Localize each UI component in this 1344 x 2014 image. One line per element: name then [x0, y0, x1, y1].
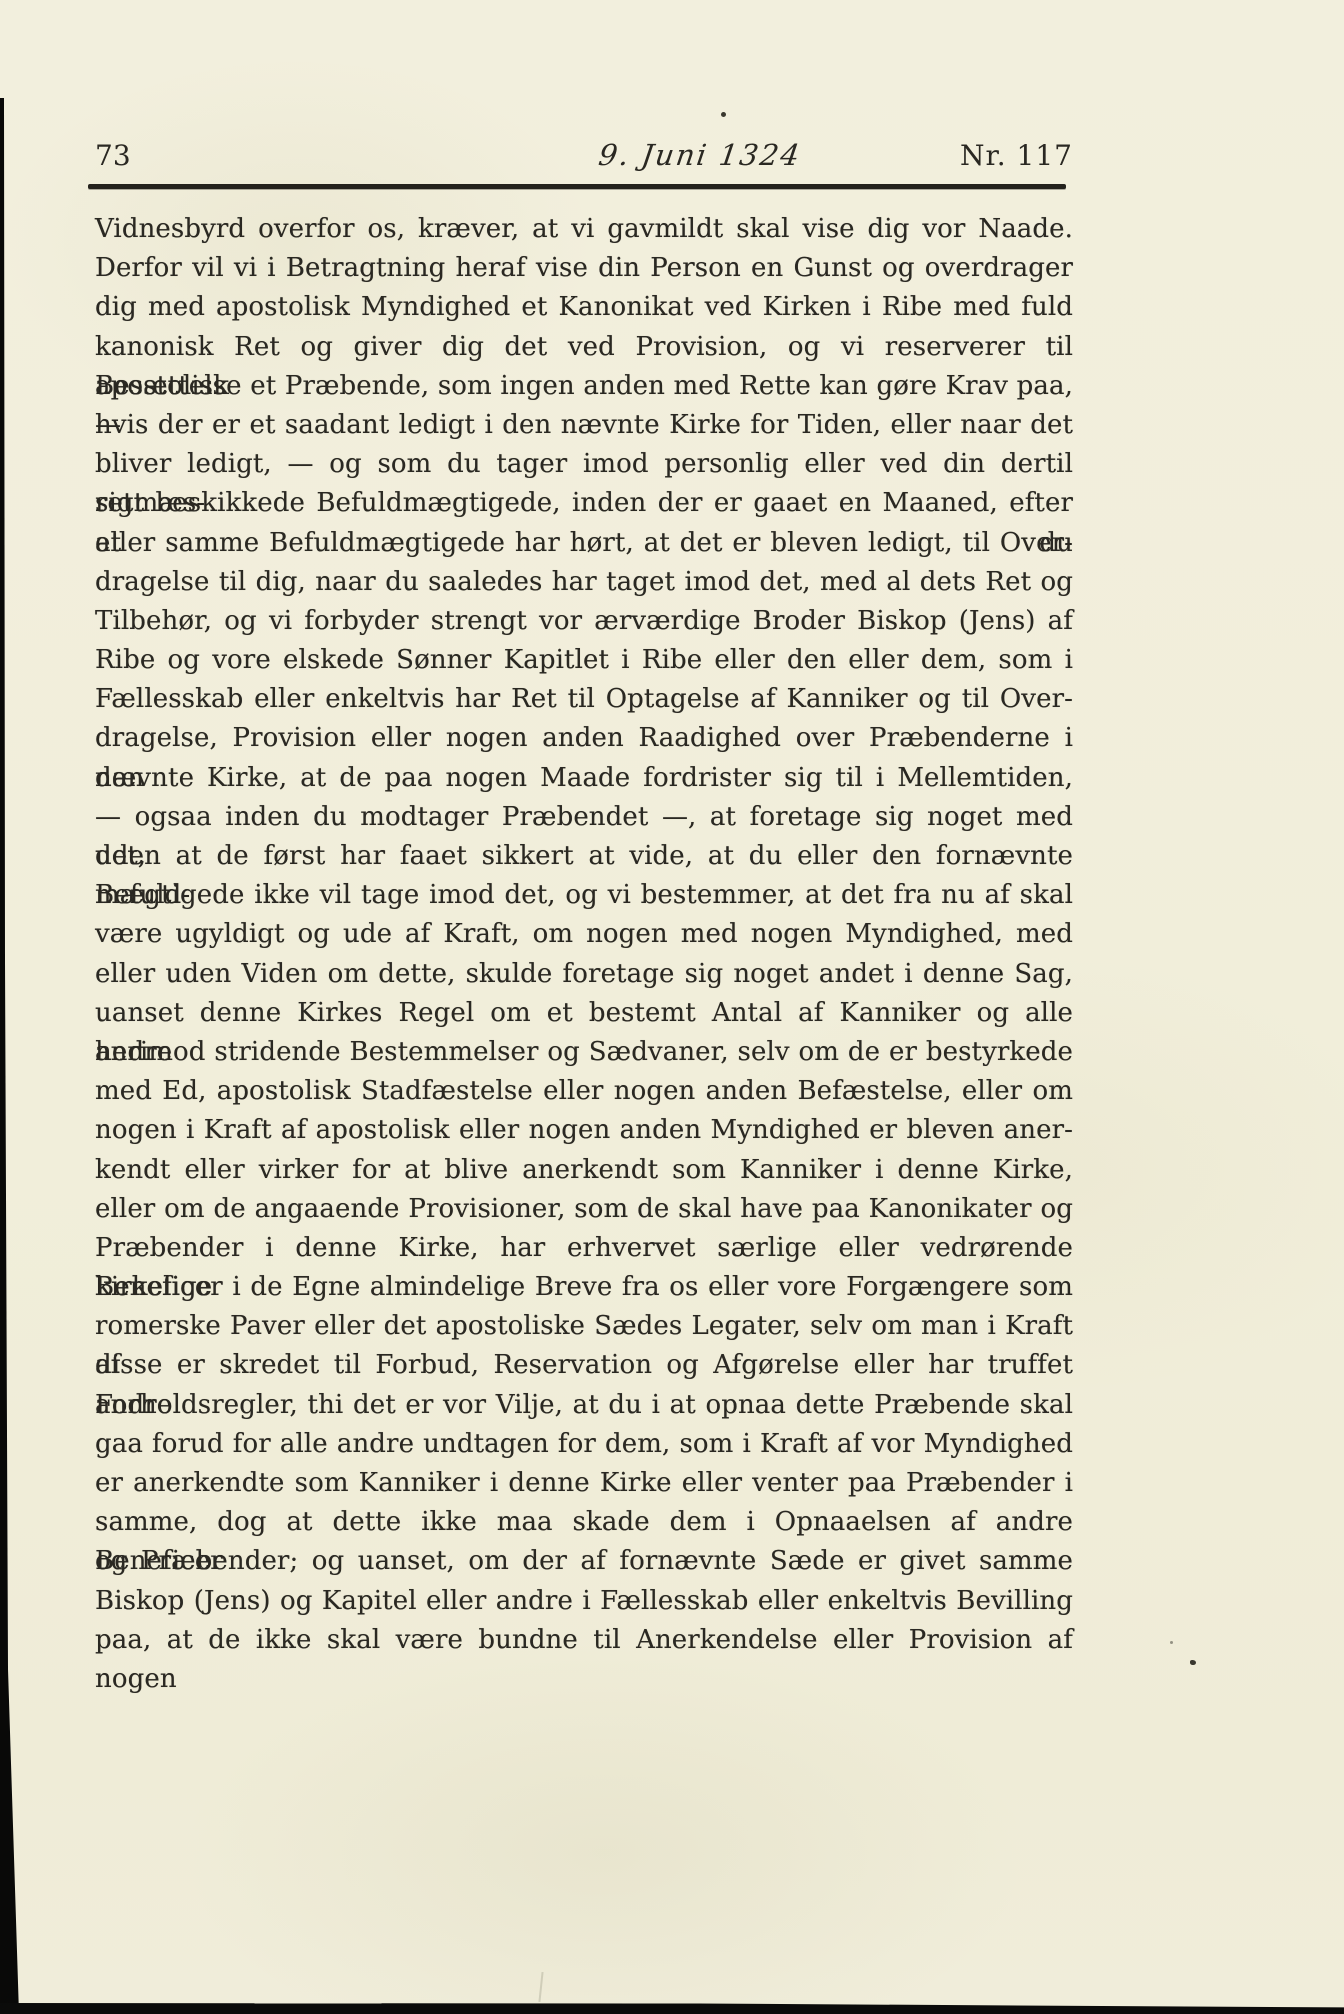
body-line-34: samme, dog at dette ikke maa skade dem i…: [95, 1503, 1073, 1542]
body-line-32: gaa forud for alle andre undtagen for de…: [95, 1425, 1073, 1464]
scan-edge-bottom: [0, 2003, 1344, 2014]
body-line-3: dig med apostolisk Myndighed et Kanonika…: [95, 288, 1073, 327]
ink-speck: [721, 112, 726, 117]
body-line-24: nogen i Kraft af apostolisk eller nogen …: [95, 1111, 1073, 1150]
body-line-26: eller om de angaaende Provisioner, som d…: [95, 1190, 1073, 1229]
body-line-6: hvis der er et saadant ledigt i den nævn…: [95, 406, 1073, 445]
body-line-14: dragelse, Provision eller nogen anden Ra…: [95, 719, 1073, 758]
body-line-15: nævnte Kirke, at de paa nogen Maade ford…: [95, 759, 1073, 798]
body-line-36: Biskop (Jens) og Kapitel eller andre i F…: [95, 1582, 1073, 1621]
body-line-28: Beneficer i de Egne almindelige Breve fr…: [95, 1268, 1073, 1307]
scan-scratch: [538, 1972, 543, 2002]
book-page: 73 9. Juni 1324 Nr. 117 Vidnesbyrd overf…: [0, 0, 1344, 2014]
body-line-4: kanonisk Ret og giver dig det ved Provis…: [95, 328, 1073, 367]
body-line-18: mægtigede ikke vil tage imod det, og vi …: [95, 876, 1073, 915]
body-line-1: Vidnesbyrd overfor os, kræver, at vi gav…: [95, 210, 1073, 249]
body-line-8: sigt beskikkede Befuldmægtigede, inden d…: [95, 484, 1073, 523]
body-line-20: eller uden Viden om dette, skulde foreta…: [95, 955, 1073, 994]
body-line-5: Besættelse et Præbende, som ingen anden …: [95, 367, 1073, 406]
body-line-17: uden at de først har faaet sikkert at vi…: [95, 837, 1073, 876]
body-line-31: Forholdsregler, thi det er vor Vilje, at…: [95, 1386, 1073, 1425]
body-line-10: dragelse til dig, naar du saaledes har t…: [95, 563, 1073, 602]
body-line-2: Derfor vil vi i Betragtning heraf vise d…: [95, 249, 1073, 288]
body-line-21: uanset denne Kirkes Regel om et bestemt …: [95, 994, 1073, 1033]
document-body: Vidnesbyrd overfor os, kræver, at vi gav…: [95, 210, 1073, 1660]
body-line-37: paa, at de ikke skal være bundne til Ane…: [95, 1621, 1073, 1660]
body-line-35: og Præbender; og uanset, om der af fornæ…: [95, 1542, 1073, 1581]
header-rule: [88, 184, 1066, 189]
document-number: Nr. 117: [960, 139, 1073, 172]
body-line-27: Præbender i denne Kirke, har erhvervet s…: [95, 1229, 1073, 1268]
body-line-19: være ugyldigt og ude af Kraft, om nogen …: [95, 915, 1073, 954]
body-line-12: Ribe og vore elskede Sønner Kapitlet i R…: [95, 641, 1073, 680]
ink-speck: [1190, 1660, 1196, 1665]
date-heading: 9. Juni 1324: [597, 138, 804, 172]
body-line-22: herimod stridende Bestemmelser og Sædvan…: [95, 1033, 1073, 1072]
scan-edge-left: [0, 98, 20, 2014]
body-line-7: bliver ledigt, — og som du tager imod pe…: [95, 445, 1073, 484]
ink-speck: [1170, 1641, 1173, 1644]
body-line-16: — ogsaa inden du modtager Præbendet —, a…: [95, 798, 1073, 837]
body-line-29: romerske Paver eller det apostoliske Sæd…: [95, 1307, 1073, 1346]
body-line-13: Fællesskab eller enkeltvis har Ret til O…: [95, 680, 1073, 719]
page-header: 73 9. Juni 1324 Nr. 117: [95, 130, 1073, 172]
page-number: 73: [95, 139, 131, 172]
body-line-9: eller samme Befuldmægtigede har hørt, at…: [95, 524, 1073, 563]
body-line-23: med Ed, apostolisk Stadfæstelse eller no…: [95, 1072, 1073, 1111]
body-line-33: er anerkendte som Kanniker i denne Kirke…: [95, 1464, 1073, 1503]
body-line-30: disse er skredet til Forbud, Reservation…: [95, 1346, 1073, 1385]
body-line-11: Tilbehør, og vi forbyder strengt vor ærv…: [95, 602, 1073, 641]
body-line-25: kendt eller virker for at blive anerkend…: [95, 1151, 1073, 1190]
